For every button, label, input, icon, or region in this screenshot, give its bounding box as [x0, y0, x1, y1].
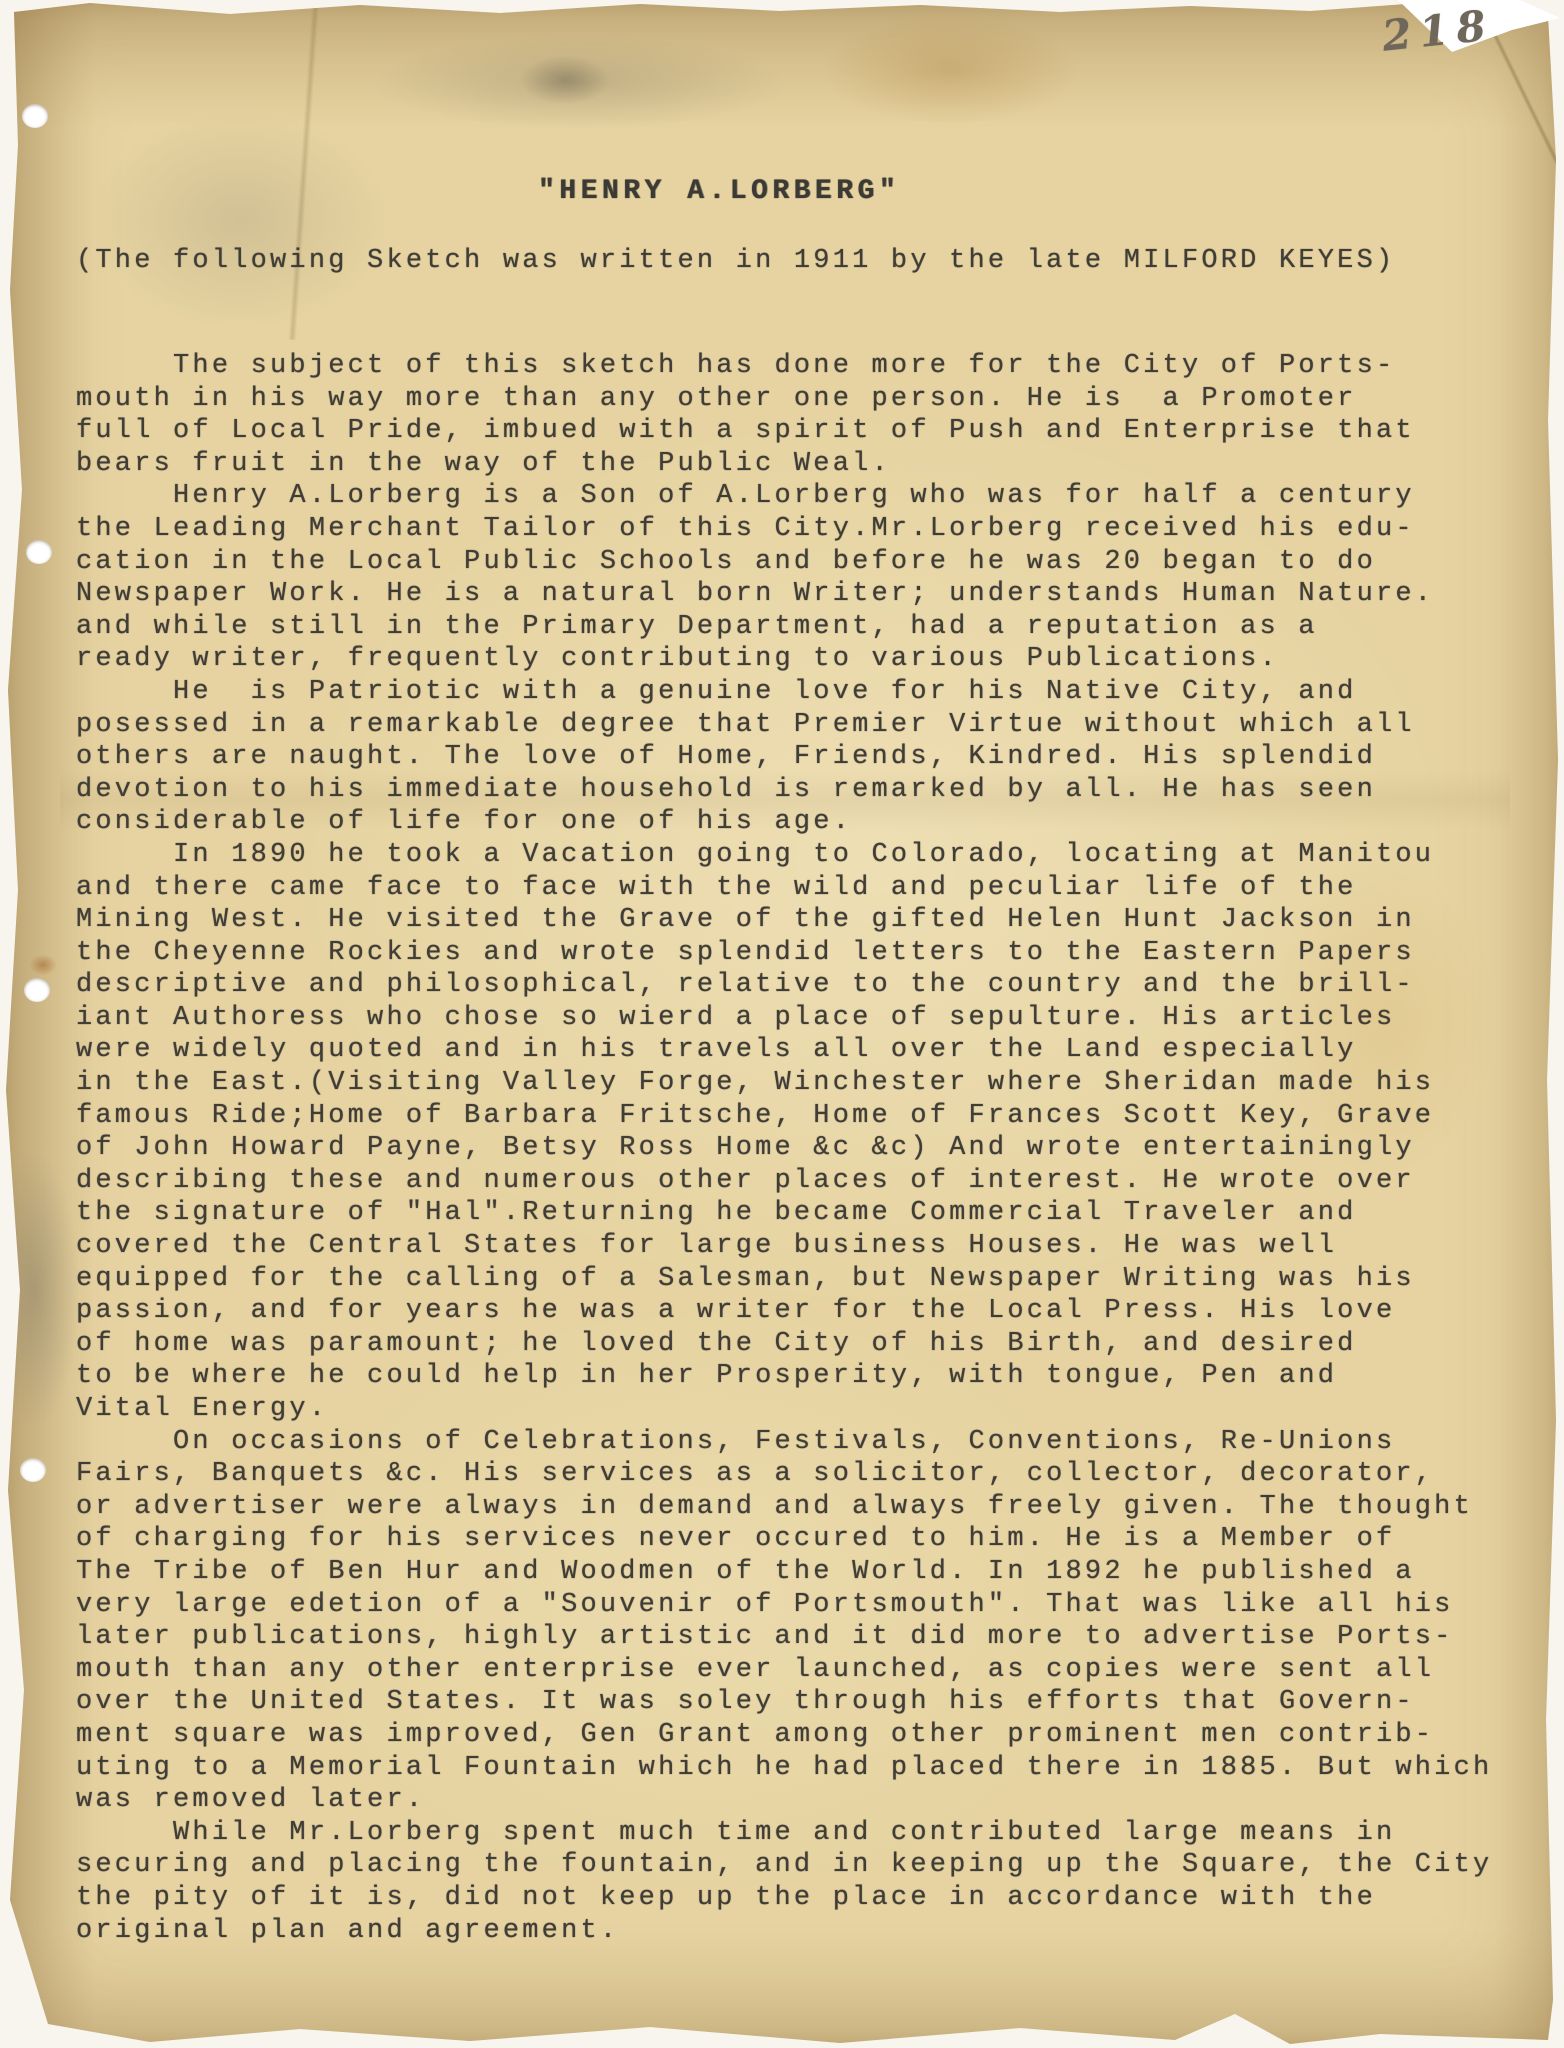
text-line: Henry A.Lorberg is a Son of A.Lorberg wh…: [76, 480, 1546, 513]
text-line: the pity of it is, did not keep up the p…: [76, 1882, 1546, 1915]
text-line: to be where he could help in her Prosper…: [76, 1360, 1546, 1393]
text-line: over the United States. It was soley thr…: [76, 1686, 1546, 1719]
text-line: ment square was improved, Gen Grant amon…: [76, 1719, 1546, 1752]
text-line: or advertiser were always in demand and …: [76, 1491, 1546, 1524]
text-line: was removed later.: [76, 1784, 1546, 1817]
text-line: of home was paramount; he loved the City…: [76, 1328, 1546, 1361]
text-line: original plan and agreement.: [76, 1915, 1546, 1948]
text-line: describing these and numerous other plac…: [76, 1165, 1546, 1198]
rust-spot: [30, 955, 56, 975]
text-line: devotion to his immediate household is r…: [76, 774, 1546, 807]
vertical-crease: [288, 0, 320, 340]
text-line: later publications, highly artistic and …: [76, 1621, 1546, 1654]
punch-hole: [20, 1458, 46, 1482]
text-line: and while still in the Primary Departmen…: [76, 611, 1546, 644]
corner-smudge-stain: [90, 110, 390, 330]
text-line: the Cheyenne Rockies and wrote splendid …: [76, 937, 1546, 970]
brown-stain: [820, 15, 1080, 125]
text-line: While Mr.Lorberg spent much time and con…: [76, 1817, 1546, 1850]
text-line: covered the Central States for large bus…: [76, 1230, 1546, 1263]
smudge-stain: [370, 35, 790, 130]
text-line: cation in the Local Public Schools and b…: [76, 546, 1546, 579]
text-line: iant Authoress who chose so wierd a plac…: [76, 1002, 1546, 1035]
body-text: The subject of this sketch has done more…: [76, 350, 1546, 1947]
text-line: Newspaper Work. He is a natural born Wri…: [76, 578, 1546, 611]
text-line: the Leading Merchant Tailor of this City…: [76, 513, 1546, 546]
text-line: in the East.(Visiting Valley Forge, Winc…: [76, 1067, 1546, 1100]
text-line: The Tribe of Ben Hur and Woodmen of the …: [76, 1556, 1546, 1589]
text-line: Mining West. He visited the Grave of the…: [76, 904, 1546, 937]
text-line: Fairs, Banquets &c. His services as a so…: [76, 1458, 1546, 1491]
text-line: and there came face to face with the wil…: [76, 872, 1546, 905]
text-line: On occasions of Celebrations, Festivals,…: [76, 1426, 1546, 1459]
text-line: of John Howard Payne, Betsy Ross Home &c…: [76, 1132, 1546, 1165]
text-line: of charging for his services never occur…: [76, 1523, 1546, 1556]
aged-paper-sheet: "HENRY A.LORBERG" (The following Sketch …: [0, 0, 1564, 2048]
text-line: mouth in his way more than any other one…: [76, 383, 1546, 416]
text-line: Vital Energy.: [76, 1393, 1546, 1426]
text-line: mouth than any other enterprise ever lau…: [76, 1654, 1546, 1687]
text-line: passion, and for years he was a writer f…: [76, 1295, 1546, 1328]
edge-stain: [0, 1150, 80, 1430]
text-line: full of Local Pride, imbued with a spiri…: [76, 415, 1546, 448]
text-line: bears fruit in the way of the Public Wea…: [76, 448, 1546, 481]
text-line: securing and placing the fountain, and i…: [76, 1849, 1546, 1882]
ink-smudge-stain: [520, 55, 610, 105]
text-line: In 1890 he took a Vacation going to Colo…: [76, 839, 1546, 872]
scanned-document-screenshot: { "page": { "handwritten_page_number": "…: [0, 0, 1564, 2048]
punch-hole: [24, 978, 50, 1002]
text-line: He is Patriotic with a genuine love for …: [76, 676, 1546, 709]
text-line: ready writer, frequently contributing to…: [76, 643, 1546, 676]
page-title: "HENRY A.LORBERG": [538, 176, 900, 207]
punch-hole: [22, 104, 48, 128]
text-line: were widely quoted and in his travels al…: [76, 1034, 1546, 1067]
text-line: the signature of "Hal".Returning he beca…: [76, 1197, 1546, 1230]
text-line: uting to a Memorial Fountain which he ha…: [76, 1752, 1546, 1785]
punch-hole: [26, 540, 52, 564]
text-line: others are naught. The love of Home, Fri…: [76, 741, 1546, 774]
text-line: very large edetion of a "Souvenir of Por…: [76, 1589, 1546, 1622]
page-subtitle: (The following Sketch was written in 191…: [76, 246, 1395, 276]
text-line: considerable of life for one of his age.: [76, 806, 1546, 839]
text-line: The subject of this sketch has done more…: [76, 350, 1546, 383]
text-line: equipped for the calling of a Salesman, …: [76, 1263, 1546, 1296]
text-line: descriptive and philosophical, relative …: [76, 969, 1546, 1002]
text-line: posessed in a remarkable degree that Pre…: [76, 709, 1546, 742]
text-line: famous Ride;Home of Barbara Fritsche, Ho…: [76, 1100, 1546, 1133]
